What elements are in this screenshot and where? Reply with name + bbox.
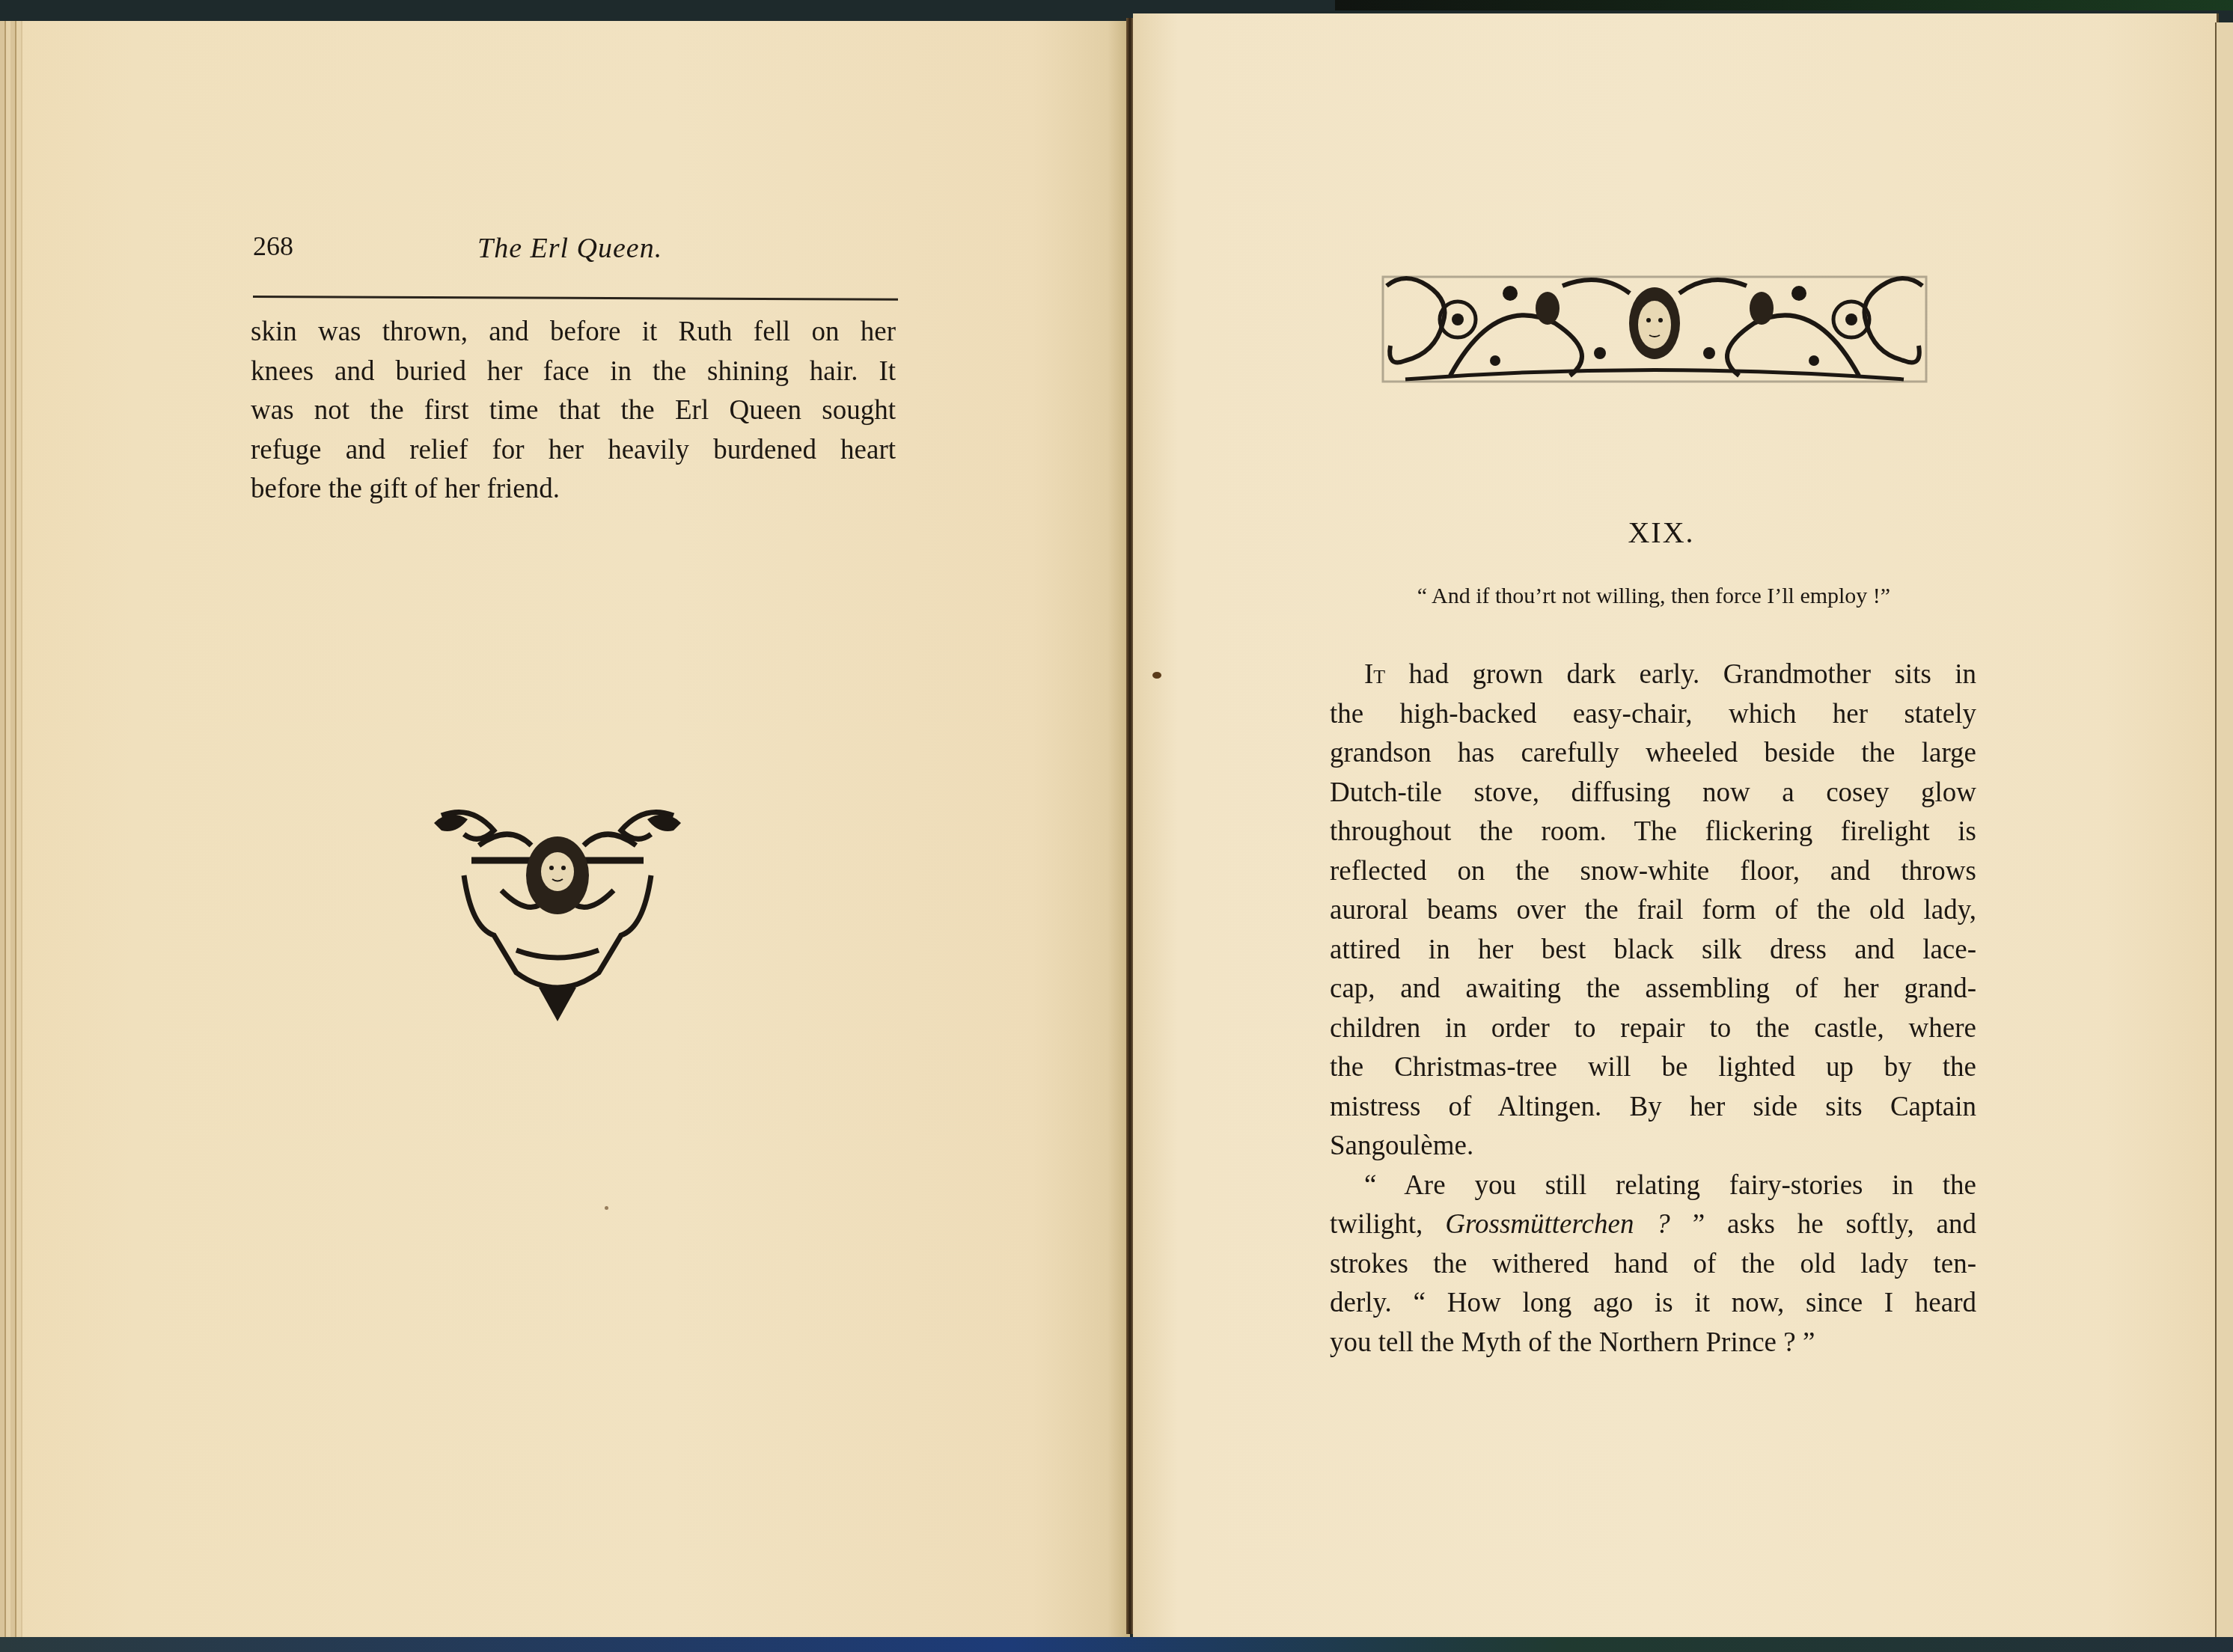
chapter-epigraph: “ And if thou’rt not willing, then force…: [1347, 584, 1961, 609]
text-line: twilight, Grossmütterchen ? ” asks he so…: [1330, 1205, 1976, 1245]
text-line: derly. “ How long ago is it now, since I…: [1330, 1284, 1976, 1324]
text-line: auroral beams over the frail form of the…: [1330, 891, 1976, 931]
chapter-number: XIX.: [1586, 515, 1736, 550]
right-page-fore-edge: [2215, 22, 2233, 1646]
text-line: throughout the room. The flickering fire…: [1330, 813, 1976, 852]
text-line: Sangoulème.: [1330, 1127, 1976, 1166]
italic-word: Grossmütterchen ?: [1445, 1209, 1670, 1240]
left-page-body: skin was thrown, and before it Ruth fell…: [251, 313, 896, 510]
text-line: the Christmas-tree will be lighted up by…: [1330, 1048, 1976, 1088]
background-top-edge: [1335, 0, 2233, 10]
text-line: attired in her best black silk dress and…: [1330, 931, 1976, 970]
paper-speck: [1152, 672, 1161, 679]
ornament-headpiece-icon: [1375, 263, 1934, 389]
background-bottom-edge: [0, 1637, 2233, 1652]
text-line: mistress of Altingen. By her side sits C…: [1330, 1088, 1976, 1128]
page-edges: [0, 21, 22, 1643]
running-head: 268 The Erl Queen.: [253, 224, 896, 269]
text-line: the high-backed easy-chair, which her st…: [1330, 695, 1976, 735]
text-line: skin was thrown, and before it Ruth fell…: [251, 313, 896, 352]
text-line: It had grown dark early. Grandmother sit…: [1330, 655, 1976, 695]
text-line: reflected on the snow-white floor, and t…: [1330, 852, 1976, 892]
text-line: cap, and awaiting the assembling of her …: [1330, 970, 1976, 1009]
page-number: 268: [253, 230, 293, 262]
text-line: strokes the withered hand of the old lad…: [1330, 1245, 1976, 1285]
text-line: was not the first time that the Erl Quee…: [251, 391, 896, 431]
text-line: Dutch-tile stove, diffusing now a cosey …: [1330, 774, 1976, 813]
ornament-tailpiece-icon: [427, 801, 688, 1025]
drop-word: It: [1364, 659, 1385, 690]
text-line: grandson has carefully wheeled beside th…: [1330, 734, 1976, 774]
text-line: knees and buried her face in the shining…: [251, 352, 896, 392]
paper-speck: [605, 1206, 608, 1210]
running-title: The Erl Queen.: [477, 232, 662, 265]
text-line: “ Are you still relating fairy-stories i…: [1330, 1166, 1976, 1206]
text-line: before the gift of her friend.: [251, 470, 896, 510]
text-line: you tell the Myth of the Northern Prince…: [1330, 1324, 1976, 1363]
right-page-body: It had grown dark early. Grandmother sit…: [1330, 655, 1976, 1362]
text-line: refuge and relief for her heavily burden…: [251, 431, 896, 471]
text-line: children in order to repair to the castl…: [1330, 1009, 1976, 1049]
